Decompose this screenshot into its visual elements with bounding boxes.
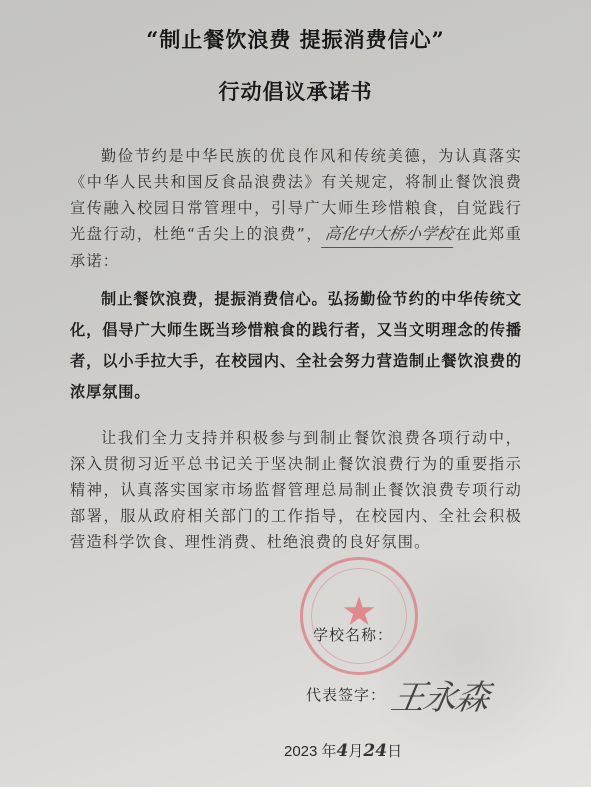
paragraph-commitment: 制止餐饮浪费，提振消费信心。弘扬勤俭节约的中华传统文化，倡导广大师生既当珍惜粮食… <box>70 284 522 408</box>
date-year: 2023 年 <box>284 743 337 760</box>
date-day-suffix: 日 <box>387 743 402 760</box>
date-month-suffix: 月 <box>348 743 363 760</box>
handwritten-signature: 王永森 <box>388 670 493 719</box>
paragraph-intro: 勤俭节约是中华民族的优良作风和传统美德，为认真落实《中华人民共和国反食品浪费法》… <box>70 143 522 274</box>
date-month: 4 <box>337 741 349 761</box>
paragraph-action: 让我们全力支持并积极参与到制止餐饮浪费各项行动中，深入贯彻习近平总书记关于坚决制… <box>70 425 522 555</box>
date-day: 24 <box>363 741 387 761</box>
official-seal-stamp: ★ <box>300 557 418 675</box>
commitment-letter-page: “制止餐饮浪费 提振消费信心” 行动倡议承诺书 勤俭节约是中华民族的优良作风和传… <box>0 0 591 787</box>
school-name-label: 学校名称： <box>313 624 393 645</box>
handwritten-school-name: 高化中大桥小学校 <box>321 221 457 248</box>
document-subtitle: 行动倡议承诺书 <box>0 76 591 106</box>
signing-date: 2023 年4月24日 <box>284 740 402 761</box>
representative-signature-label: 代表签字： <box>306 684 386 705</box>
document-title: “制止餐饮浪费 提振消费信心” <box>0 24 591 54</box>
